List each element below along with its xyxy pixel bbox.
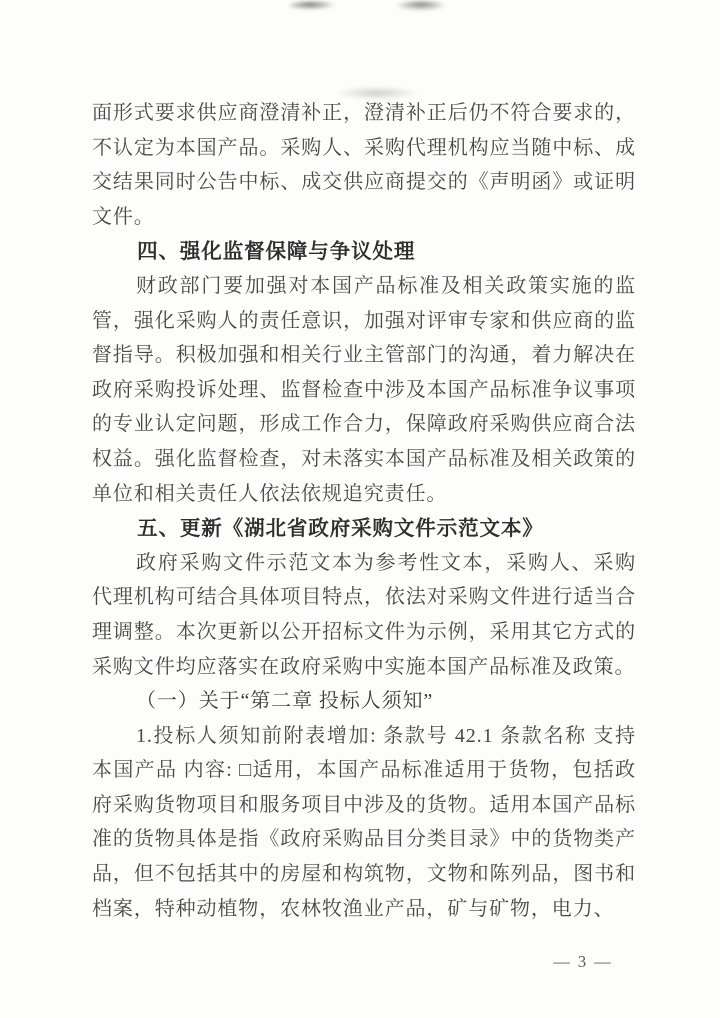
paragraph-continuation-from-previous-page: 面形式要求供应商澄清补正，澄清补正后仍不符合要求的，不认定为本国产品。采购人、采…	[92, 96, 636, 234]
scan-smudge-top-right	[395, 1, 447, 11]
scan-smudge-top-left	[289, 1, 336, 10]
paragraph-bidder-notice-clause-42-1: 1.投标人须知前附表增加: 条款号 42.1 条款名称 支持本国产品 内容: □…	[92, 719, 636, 927]
paragraph-supervision-and-dispute-handling: 财政部门要加强对本国产品标准及相关政策实施的监管，强化采购人的责任意识，加强对评…	[92, 269, 636, 511]
document-body: 面形式要求供应商澄清补正，澄清补正后仍不符合要求的，不认定为本国产品。采购人、采…	[92, 96, 636, 926]
section-heading-four-supervision: 四、强化监督保障与争议处理	[92, 234, 636, 269]
paragraph-model-document-update: 政府采购文件示范文本为参考性文本，采购人、采购代理机构可结合具体项目特点，依法对…	[92, 546, 636, 684]
section-heading-five-template-update: 五、更新《湖北省政府采购文件示范文本》	[92, 511, 636, 546]
subsection-heading-chapter-two-bidder-notice: （一）关于“第二章 投标人须知”	[92, 684, 636, 719]
scanned-document-page: 面形式要求供应商澄清补正，澄清补正后仍不符合要求的，不认定为本国产品。采购人、采…	[0, 0, 720, 1018]
page-number: — 3 —	[528, 952, 638, 972]
